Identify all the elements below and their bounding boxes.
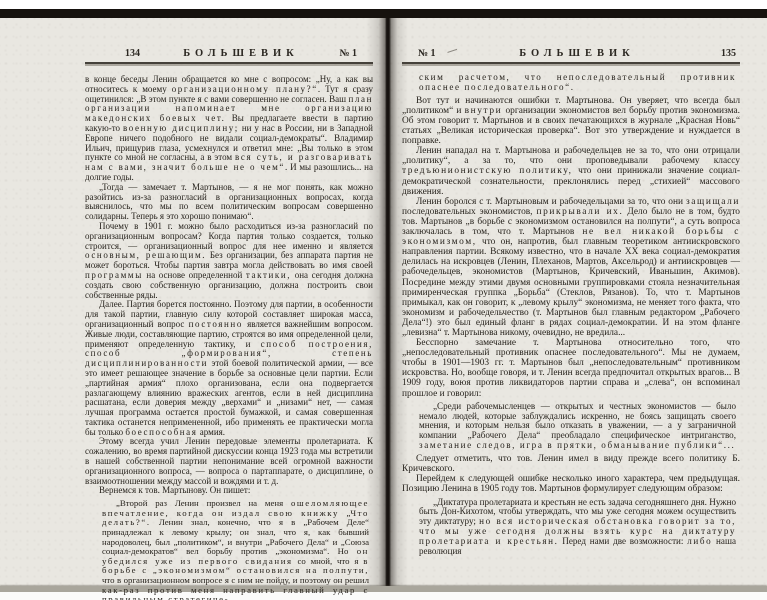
- body-paragraph: Перейдем к следующей ошибке несколько ин…: [402, 474, 740, 494]
- letterspaced-text-run: основным, решающим.: [85, 250, 206, 260]
- text-run: на основе определенной: [143, 270, 246, 280]
- letterspaced-text-run: внутри: [465, 106, 503, 116]
- text-run: Бесспорно замечание т. Мартынова относит…: [402, 338, 740, 398]
- letterspaced-text-run: либо: [687, 536, 712, 546]
- body-paragraph: Ленин нападал на т. Мартынова и рабочеде…: [402, 146, 740, 196]
- text-run: Следует отметить, что тов. Ленин имел в …: [402, 454, 740, 474]
- letterspaced-text-run: заметание следов, игра в прятки, обманыв…: [419, 440, 735, 450]
- letterspaced-text-run: боеспособная: [125, 427, 197, 437]
- body-paragraph: Бесспорно замечание т. Мартынова относит…: [402, 338, 740, 399]
- text-run: Ленин боролся с т. Мартыновым и рабочеде…: [416, 197, 686, 207]
- left-page: 134 БОЛЬШЕВИК № 1 в конце беседы Ленин о…: [85, 48, 373, 600]
- left-page-header: 134 БОЛЬШЕВИК № 1: [85, 48, 373, 59]
- right-page-blocks: ским расчетом, что непоследовательный пр…: [402, 73, 740, 557]
- text-run: Перед нами две возможности:: [558, 536, 687, 546]
- letterspaced-text-run: программы: [85, 270, 143, 280]
- text-run: со мной, что я: [293, 556, 364, 566]
- body-paragraph: Почему в 1901 г. можно было расходиться …: [85, 222, 373, 300]
- scan-top-band: [0, 9, 767, 18]
- letterspaced-text-run: как-раз против меня направить главный уд…: [102, 585, 369, 600]
- body-paragraph: в конце беседы Ленин обращается ко мне с…: [85, 75, 373, 183]
- body-paragraph: Следует отметить, что тов. Ленин имел в …: [402, 454, 740, 474]
- letterspaced-text-run: защищали: [686, 197, 740, 207]
- header-rule: [402, 62, 740, 64]
- left-page-blocks: в конце беседы Ленин обращается ко мне с…: [85, 75, 373, 600]
- body-paragraph: Вернемся к тов. Мартынову. Он пишет:: [85, 486, 373, 496]
- text-run: что в организационном вопросе я с ним не…: [102, 575, 369, 585]
- quoted-passage: „Среди рабочемысленцев — открытых и чест…: [419, 402, 736, 452]
- text-run: Этому всегда учил Ленин передовые элемен…: [85, 436, 373, 485]
- letterspaced-text-run: военную дисциплину;: [123, 123, 239, 133]
- letterspaced-text-run: постоянно: [189, 319, 243, 329]
- text-run: что он, напротив, был главным теоретиком…: [402, 237, 740, 338]
- text-run: „Среди рабочемысленцев — открытых и чест…: [419, 401, 736, 441]
- left-page-number: 134: [125, 48, 177, 59]
- quoted-passage: „Второй раз Ленин произвел на меня ошело…: [102, 499, 369, 600]
- right-page: № 1 БОЛЬШЕВИК 135 ским расчетом, что неп…: [402, 48, 740, 560]
- text-run: Почему в 1901 г. можно было расходиться …: [85, 221, 373, 251]
- text-run: последовательных экономистов,: [402, 207, 537, 217]
- quoted-passage: ским расчетом, что непоследовательный пр…: [419, 73, 736, 93]
- text-run: „Тогда — замечает т. Мартынов, — я не мо…: [85, 182, 373, 221]
- right-page-header: № 1 БОЛЬШЕВИК 135: [402, 48, 740, 59]
- letterspaced-text-run: прикрывали их.: [537, 207, 624, 217]
- right-page-number: 135: [684, 48, 736, 59]
- letterspaced-text-run: тактики,: [246, 270, 291, 280]
- body-paragraph: Вот тут и начинаются ошибки т. Мартынова…: [402, 96, 740, 146]
- text-run: „Второй раз Ленин произвел на меня: [116, 498, 291, 508]
- text-run: Перейдем к следующей ошибке несколько ин…: [402, 474, 740, 494]
- body-paragraph: Далее. Партия борется постоянно. Поэтому…: [85, 300, 373, 437]
- text-run: этой боевой политической армии, — все эт…: [85, 358, 373, 437]
- text-run: армия.: [198, 427, 226, 437]
- book-scan: 134 БОЛЬШЕВИК № 1 в конце беседы Ленин о…: [0, 0, 767, 600]
- journal-title: БОЛЬШЕВИК: [177, 48, 305, 59]
- text-run: Вернемся к тов. Мартынову. Он пишет:: [99, 485, 250, 495]
- body-paragraph: Ленин боролся с т. Мартыновым и рабочеде…: [402, 197, 740, 338]
- body-paragraph: Этому всегда учил Ленин передовые элемен…: [85, 437, 373, 486]
- letterspaced-text-run: тредъюнионистскую политику,: [402, 166, 573, 176]
- issue-label: № 1: [418, 48, 470, 59]
- body-paragraph: „Тогда — замечает т. Мартынов, — я не мо…: [85, 183, 373, 222]
- letterspaced-text-run: организационному плану?“: [172, 84, 318, 94]
- header-rule: [85, 62, 373, 64]
- journal-title: БОЛЬШЕВИК: [470, 48, 684, 59]
- letterspaced-text-run: ским расчетом, что непоследовательный пр…: [419, 72, 736, 92]
- quoted-passage: „Диктатура пролетариата и крестьян не ес…: [419, 498, 736, 557]
- text-run: Ленин нападал на т. Мартынова и рабочеде…: [402, 146, 740, 166]
- issue-label: № 1: [305, 48, 357, 59]
